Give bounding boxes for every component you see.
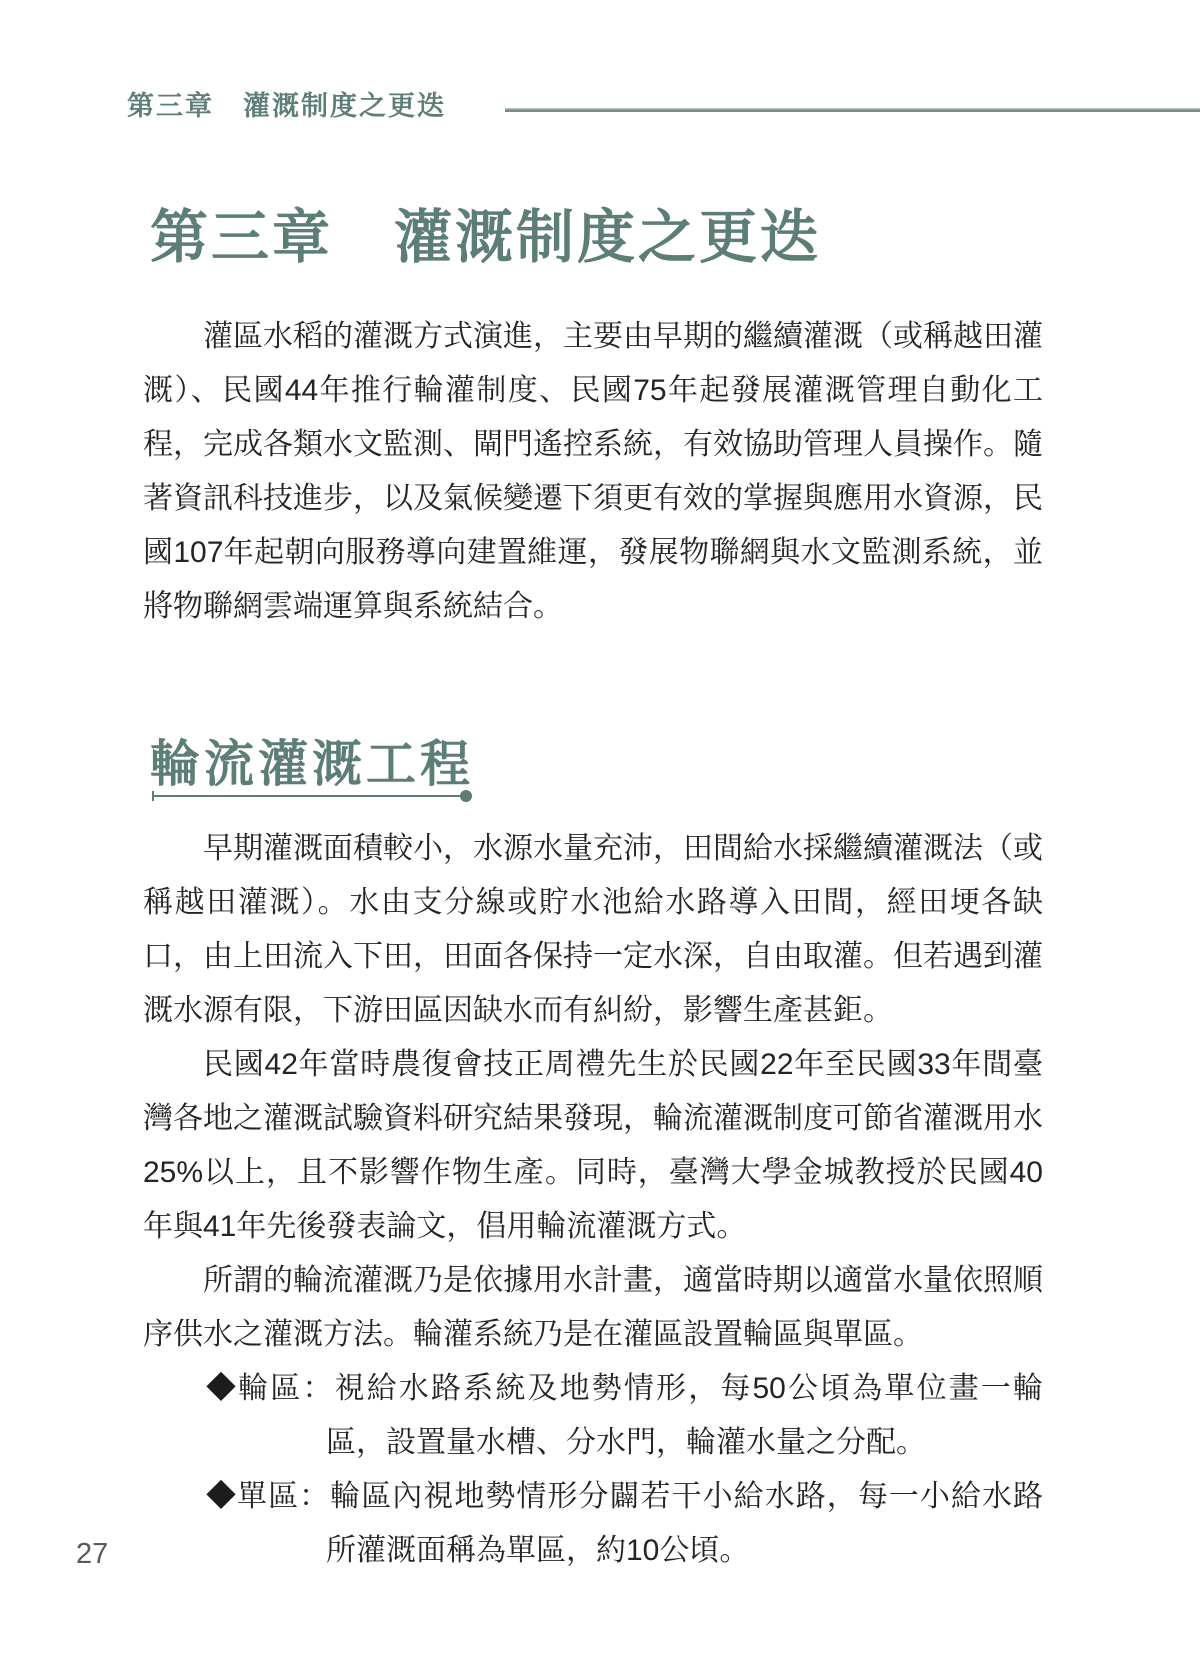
- chapter-title: 第三章 灌溉制度之更迭: [150, 190, 821, 274]
- running-header-title: 第三章 灌溉制度之更迭: [127, 84, 446, 123]
- bullet-text: 輪區內視地勢情形分闢若干小給水路，每一小給水路所灌溉面稱為單區，約10公頃。: [326, 1480, 1043, 1567]
- section-heading: 輪流灌溉工程: [150, 724, 474, 796]
- intro-paragraph: 灌區水稻的灌溉方式演進，主要由早期的繼續灌溉（或稱越田灌溉）、民國44年推行輪灌…: [143, 310, 1043, 634]
- bullet-term: 單區：: [237, 1480, 330, 1513]
- bullet-item-rotation-zone: ◆輪區：視給水路系統及地勢情形，每50公頃為單位畫一輪區，設置量水槽、分水門，輪…: [206, 1362, 1043, 1470]
- bullet-item-unit-zone: ◆單區：輪區內視地勢情形分闢若干小給水路，每一小給水路所灌溉面稱為單區，約10公…: [206, 1470, 1043, 1578]
- body-paragraph: 民國42年當時農復會技正周禮先生於民國22年至民國33年間臺灣各地之灌溉試驗資料…: [143, 1038, 1043, 1254]
- section-heading-underline: [152, 795, 464, 797]
- header-rule: [505, 108, 1200, 112]
- section-body: 早期灌溉面積較小，水源水量充沛，田間給水採繼續灌溉法（或稱越田灌溉）。水由支分線…: [143, 822, 1043, 1578]
- diamond-bullet-icon: ◆: [206, 1480, 237, 1513]
- diamond-bullet-icon: ◆: [206, 1372, 238, 1405]
- body-paragraph: 所謂的輪流灌溉乃是依據用水計畫，適當時期以適當水量依照順序供水之灌溉方法。輪灌系…: [143, 1254, 1043, 1362]
- body-paragraph: 早期灌溉面積較小，水源水量充沛，田間給水採繼續灌溉法（或稱越田灌溉）。水由支分線…: [143, 822, 1043, 1038]
- bullet-text: 視給水路系統及地勢情形，每50公頃為單位畫一輪區，設置量水槽、分水門，輪灌水量之…: [326, 1372, 1043, 1459]
- bullet-term: 輪區：: [238, 1372, 334, 1405]
- page-number: 27: [76, 1538, 108, 1571]
- book-page: 第三章 灌溉制度之更迭 第三章 灌溉制度之更迭 灌區水稻的灌溉方式演進，主要由早…: [0, 0, 1200, 1679]
